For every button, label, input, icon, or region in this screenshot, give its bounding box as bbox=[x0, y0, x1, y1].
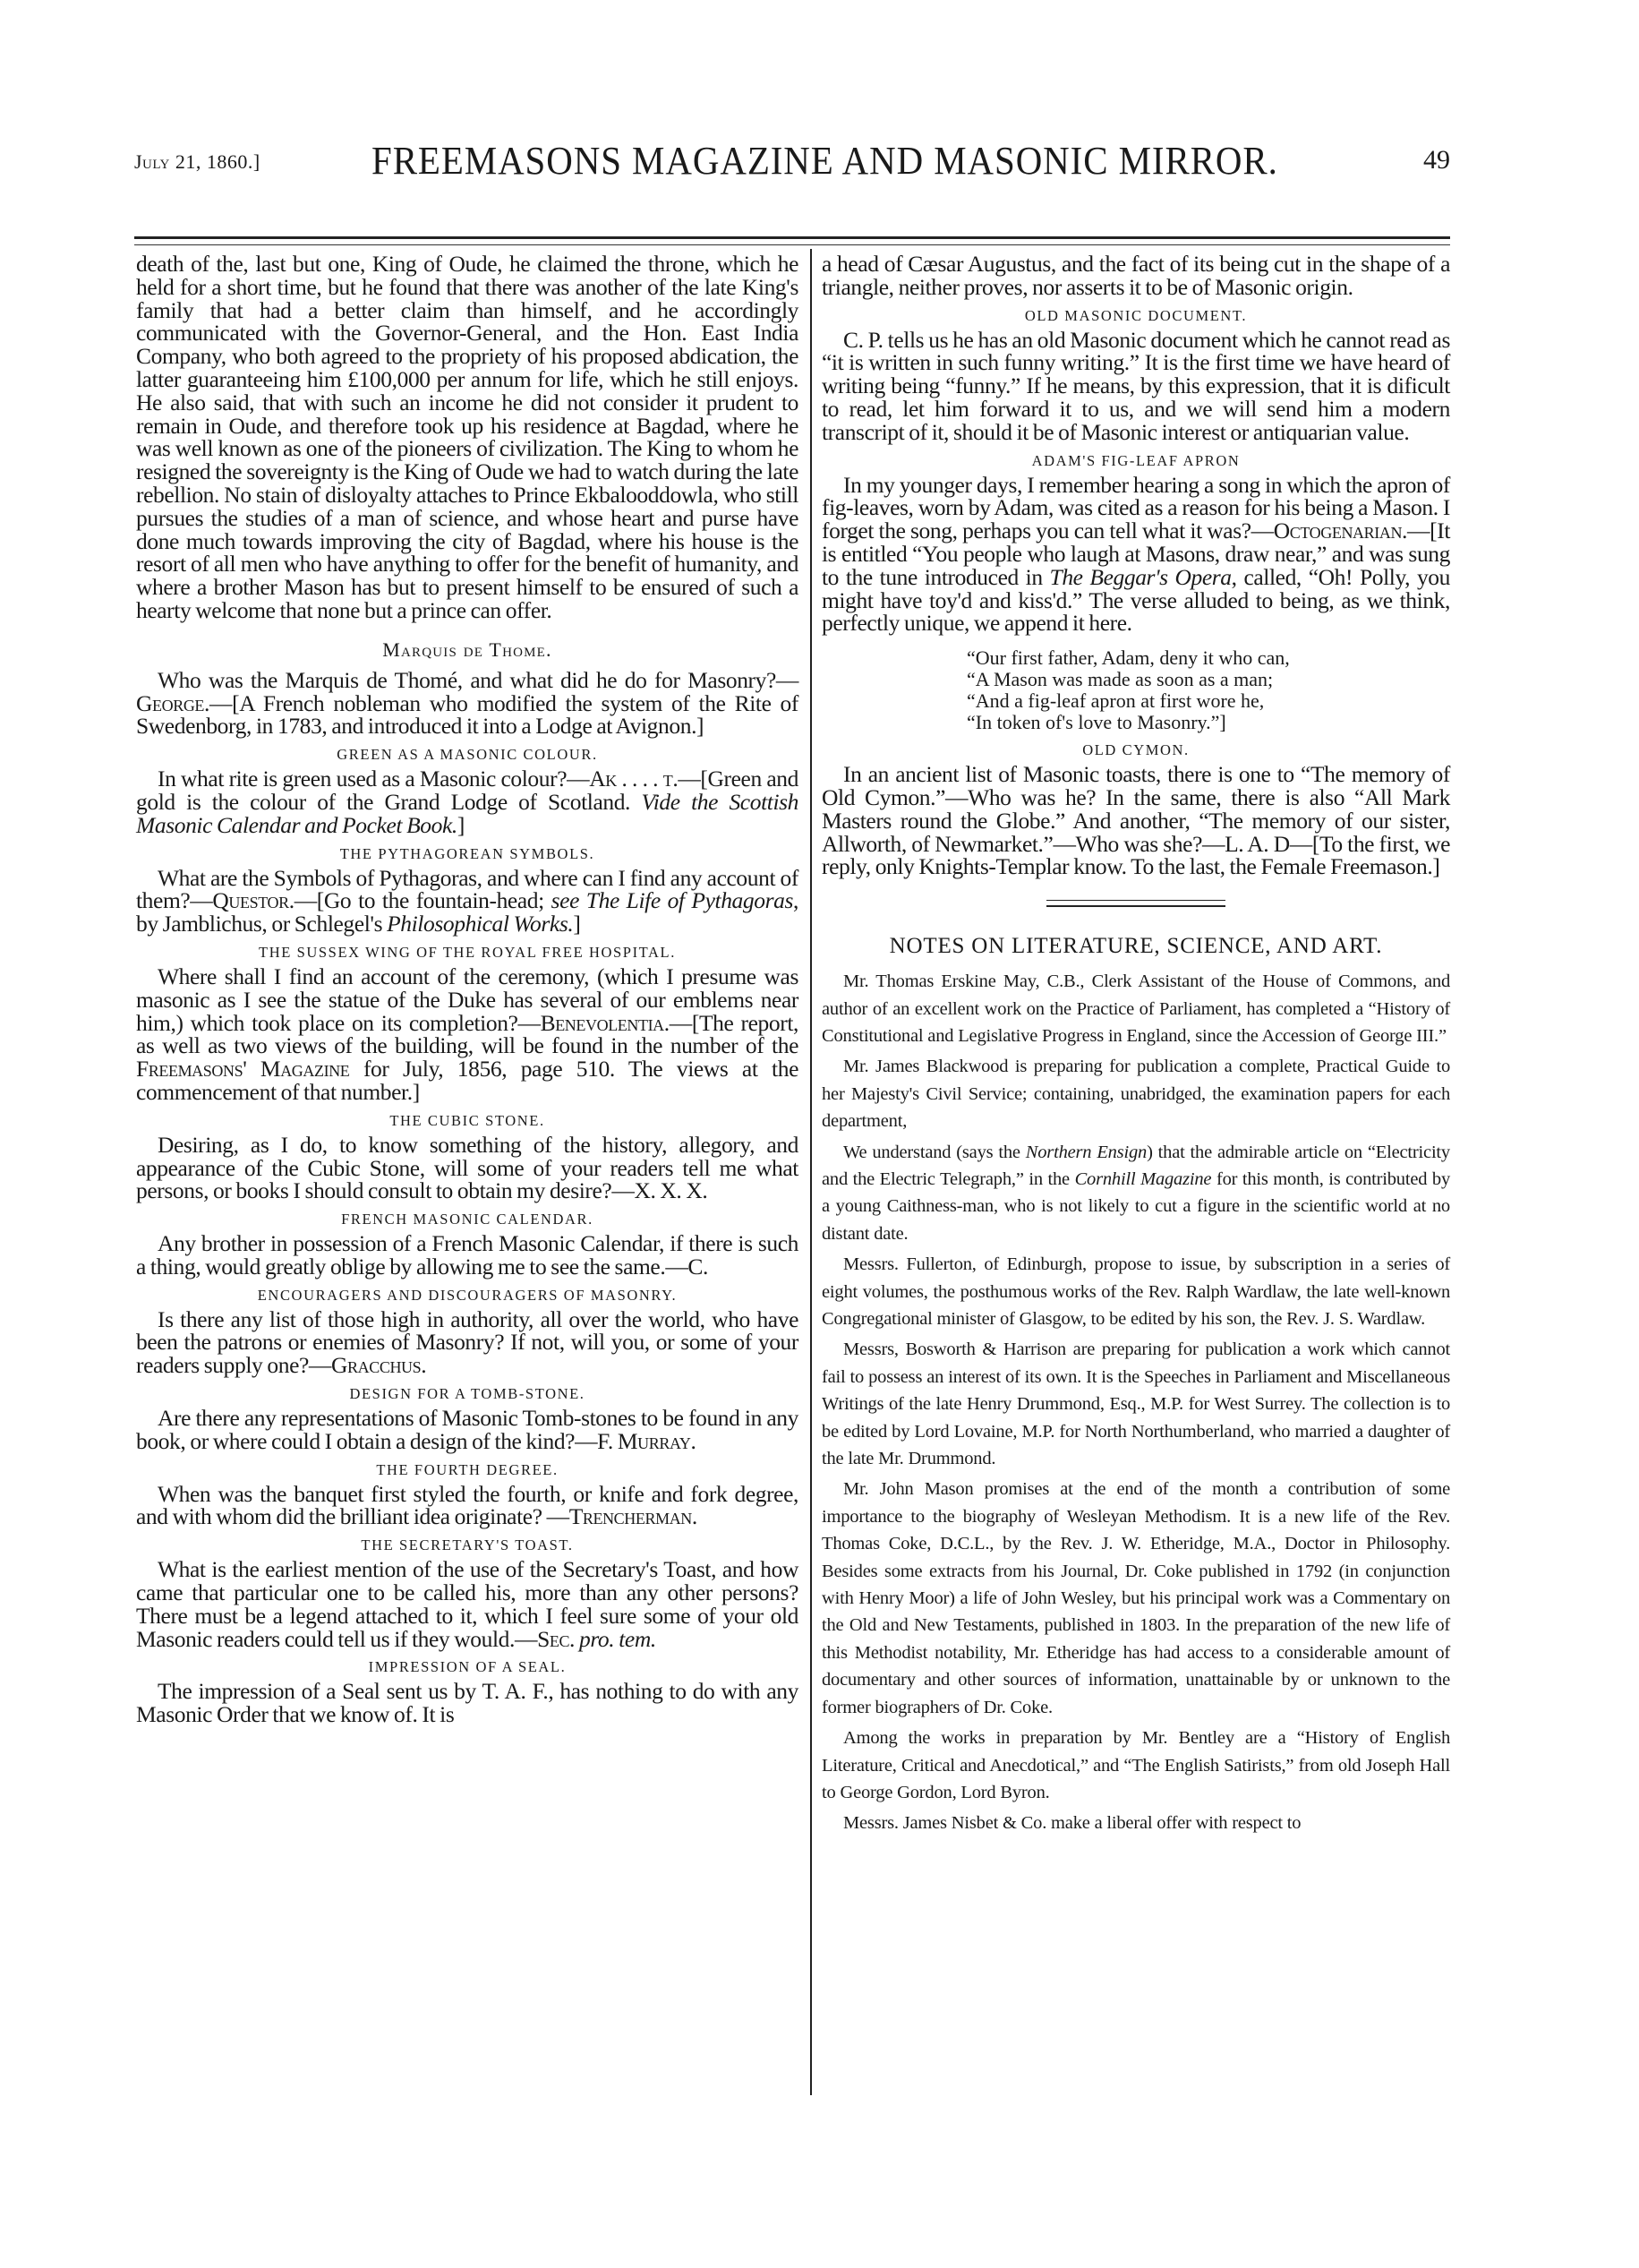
correspondent-signature: Trencherman. bbox=[569, 1503, 697, 1529]
query-old-document: C. P. tells us he has an old Masonic doc… bbox=[822, 329, 1450, 444]
correspondent-signature: Murray. bbox=[618, 1428, 696, 1454]
continued-article-paragraph: death of the, last but one, King of Oude… bbox=[136, 252, 798, 622]
verse-line: “And a fig-leaf apron at first wore he, bbox=[967, 690, 1450, 712]
section-heading-tomb-stone: Design for a Tomb-stone. bbox=[136, 1385, 798, 1403]
notes-paragraph: Messrs. Fullerton, of Edinburgh, propose… bbox=[822, 1251, 1450, 1332]
section-heading-marquis-de-thome: Marquis de Thome. bbox=[136, 638, 798, 662]
section-heading-green-colour: Green as a Masonic Colour. bbox=[136, 746, 798, 764]
running-header: July 21, 1860.] FREEMASONS MAGAZINE AND … bbox=[134, 134, 1450, 179]
query-cubic-stone: Desiring, as I do, to know something of … bbox=[136, 1134, 798, 1202]
query-old-cymon: In an ancient list of Masonic toasts, th… bbox=[822, 763, 1450, 878]
query-marquis-de-thome: Who was the Marquis de Thomé, and what d… bbox=[136, 669, 798, 738]
notes-paragraph: Messrs, Bosworth & Harrison are preparin… bbox=[822, 1336, 1450, 1472]
query-tomb-stone: Are there any representations of Masonic… bbox=[136, 1407, 798, 1453]
query-pythagorean-symbols: What are the Symbols of Pythagoras, and … bbox=[136, 867, 798, 936]
verse-line: “In token of's love to Masonry.”] bbox=[967, 712, 1450, 733]
column-divider bbox=[810, 249, 812, 2095]
header-rule-thin bbox=[134, 244, 1450, 245]
verse-line: “Our first father, Adam, deny it who can… bbox=[967, 647, 1450, 669]
publication-title: FREEMASONS MAGAZINE AND MASONIC MIRROR. bbox=[371, 138, 1278, 184]
header-rule-thick bbox=[134, 236, 1450, 239]
section-heading-secretarys-toast: The Secretary's Toast. bbox=[136, 1536, 798, 1554]
query-french-calendar: Any brother in possession of a French Ma… bbox=[136, 1232, 798, 1279]
correspondent-signature: Benevolentia. bbox=[541, 1010, 670, 1036]
correspondent-signature: Ak . . . . t. bbox=[589, 766, 678, 792]
notes-paragraph: Mr. John Mason promises at the end of th… bbox=[822, 1476, 1450, 1721]
correspondent-signature: Octogenarian. bbox=[1274, 518, 1407, 543]
section-heading-encouragers: Encouragers and Discouragers of Masonry. bbox=[136, 1287, 798, 1305]
query-fourth-degree: When was the banquet first styled the fo… bbox=[136, 1483, 798, 1529]
section-heading-fig-leaf-apron: Adam's Fig-leaf Apron bbox=[822, 452, 1450, 470]
page-number: 49 bbox=[1423, 145, 1450, 175]
left-column: death of the, last but one, King of Oude… bbox=[136, 252, 798, 1726]
notes-paragraph: Among the works in preparation by Mr. Be… bbox=[822, 1725, 1450, 1806]
notes-paragraph: Mr. James Blackwood is preparing for pub… bbox=[822, 1053, 1450, 1134]
correspondent-signature: Questor. bbox=[212, 887, 294, 913]
right-column: a head of Cæsar Augustus, and the fact o… bbox=[822, 252, 1450, 1837]
section-heading-impression-seal: Impression of a Seal. bbox=[136, 1658, 798, 1676]
section-heading-sussex-wing: The Sussex Wing of the Royal Free Hospit… bbox=[136, 944, 798, 962]
query-sussex-wing: Where shall I find an account of the cer… bbox=[136, 965, 798, 1104]
issue-date: July 21, 1860.] bbox=[134, 150, 260, 174]
query-impression-seal: The impression of a Seal sent us by T. A… bbox=[136, 1680, 798, 1726]
notes-paragraph: Mr. Thomas Erskine May, C.B., Clerk Assi… bbox=[822, 968, 1450, 1049]
section-heading-fourth-degree: The Fourth Degree. bbox=[136, 1461, 798, 1479]
query-fig-leaf-apron: In my younger days, I remember hearing a… bbox=[822, 474, 1450, 636]
query-green-colour: In what rite is green used as a Masonic … bbox=[136, 767, 798, 836]
correspondent-signature: Gracchus. bbox=[331, 1352, 426, 1378]
notes-paragraph: We understand (says the Northern Ensign)… bbox=[822, 1139, 1450, 1248]
notes-section-title: NOTES ON LITERATURE, SCIENCE, AND ART. bbox=[822, 934, 1450, 959]
verse-line: “A Mason was made as soon as a man; bbox=[967, 669, 1450, 690]
query-secretarys-toast: What is the earliest mention of the use … bbox=[136, 1558, 798, 1650]
correspondent-signature: George. bbox=[136, 690, 209, 716]
section-heading-pythagorean-symbols: The Pythagorean Symbols. bbox=[136, 845, 798, 863]
query-encouragers: Is there any list of those high in autho… bbox=[136, 1308, 798, 1377]
verse-block: “Our first father, Adam, deny it who can… bbox=[967, 647, 1450, 733]
section-heading-old-document: Old Masonic Document. bbox=[822, 307, 1450, 325]
notes-paragraph: Messrs. James Nisbet & Co. make a libera… bbox=[822, 1810, 1450, 1836]
section-heading-french-calendar: French Masonic Calendar. bbox=[136, 1211, 798, 1228]
section-separator-rule bbox=[1046, 900, 1225, 907]
section-heading-cubic-stone: The Cubic Stone. bbox=[136, 1112, 798, 1130]
correspondent-signature: Sec. bbox=[537, 1626, 575, 1652]
section-heading-old-cymon: Old Cymon. bbox=[822, 741, 1450, 759]
continued-seal-paragraph: a head of Cæsar Augustus, and the fact o… bbox=[822, 252, 1450, 299]
